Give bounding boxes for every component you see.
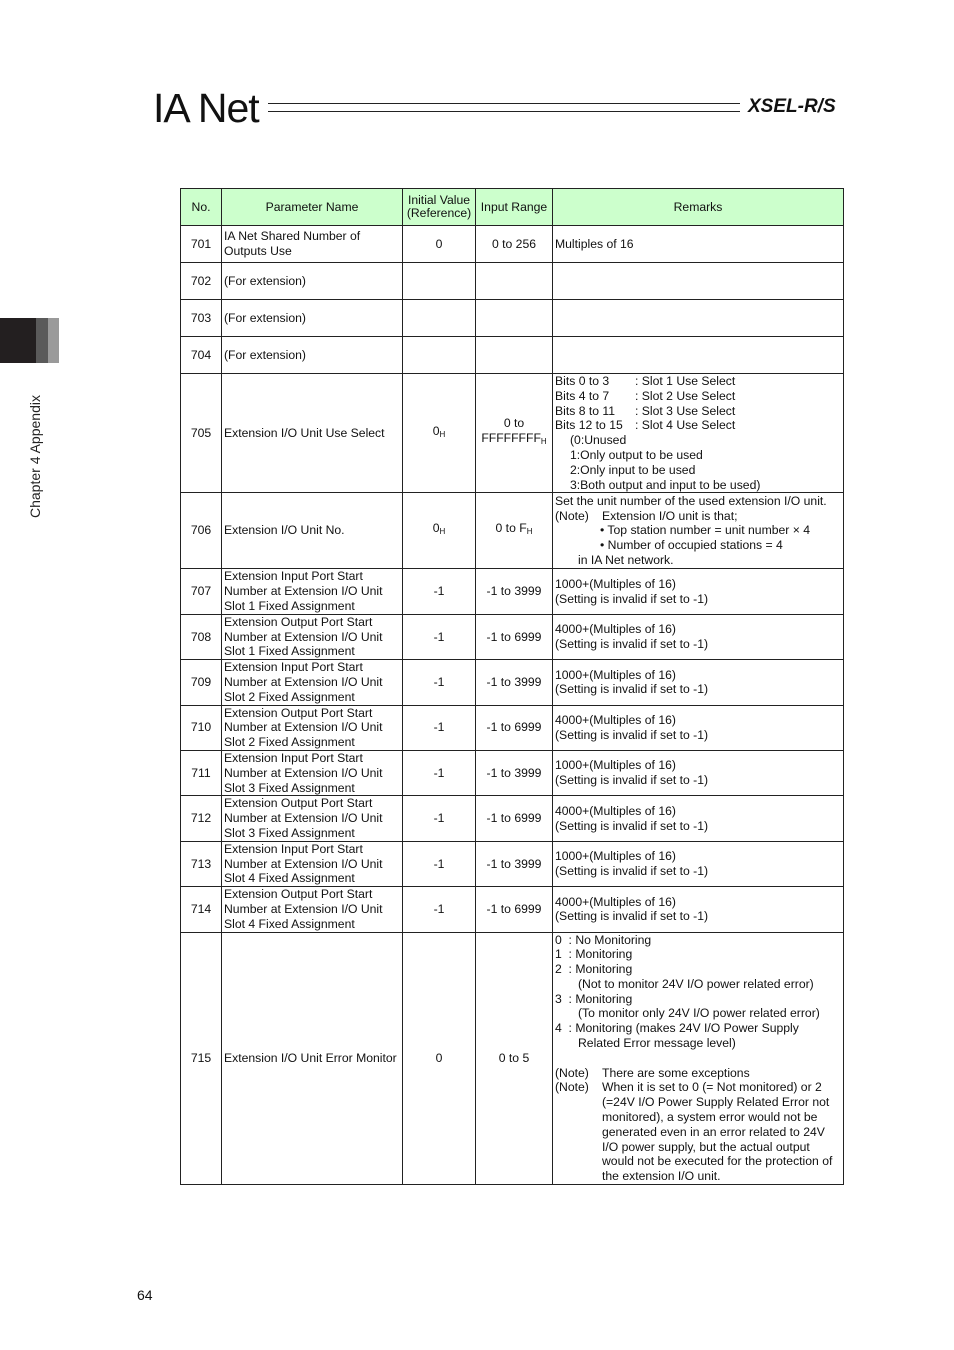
cell-no: 702 (181, 263, 222, 300)
remarks-line: 4000+(Multiples of 16) (555, 895, 841, 910)
input-range-text: 0 to 5 (499, 1051, 530, 1065)
cell-input-range: -1 to 6999 (476, 614, 553, 659)
remarks-text: Multiples of 16 (555, 237, 634, 251)
remarks-line: (Setting is invalid if set to -1) (555, 909, 841, 924)
monitor-option-detail: Related Error message level) (555, 1036, 841, 1051)
cell-input-range: 0 to FH (476, 493, 553, 569)
cell-no: 711 (181, 750, 222, 795)
chapter-label: Chapter 4 Appendix (27, 395, 43, 518)
bit-range: Bits 8 to 11 (555, 404, 635, 419)
note-row: (Note)Extension I/O unit is that; (555, 509, 841, 524)
cell-parameter-name: (For extension) (222, 300, 403, 337)
table-row: 715Extension I/O Unit Error Monitor00 to… (181, 932, 844, 1185)
cell-remarks: Multiples of 16 (553, 226, 844, 263)
cell-no: 715 (181, 932, 222, 1185)
bit-range: Bits 0 to 3 (555, 374, 635, 389)
cell-parameter-name: Extension I/O Unit Error Monitor (222, 932, 403, 1185)
initial-value-text: -1 (434, 630, 445, 644)
tab-block-dark (0, 318, 36, 363)
cell-parameter-name: Extension Output Port Start Number at Ex… (222, 614, 403, 659)
monitor-option-detail: (To monitor only 24V I/O power related e… (555, 1006, 841, 1021)
table-row: 712Extension Output Port Start Number at… (181, 796, 844, 841)
cell-input-range: 0 toFFFFFFFFH (476, 374, 553, 493)
input-range-text: -1 to 3999 (487, 584, 542, 598)
model-name: XSEL-R/S (748, 96, 836, 118)
table-row: 710Extension Output Port Start Number at… (181, 705, 844, 750)
cell-no: 714 (181, 887, 222, 932)
cell-parameter-name: IA Net Shared Number of Outputs Use (222, 226, 403, 263)
remarks-line: (Setting is invalid if set to -1) (555, 864, 841, 879)
cell-no: 701 (181, 226, 222, 263)
remarks-line: (Setting is invalid if set to -1) (555, 637, 841, 652)
cell-input-range (476, 263, 553, 300)
cell-remarks: 1000+(Multiples of 16)(Setting is invali… (553, 660, 844, 705)
cell-remarks: 0 : No Monitoring1 : Monitoring2 : Monit… (553, 932, 844, 1185)
monitor-option: 2 : Monitoring (555, 962, 841, 977)
table-row: 707Extension Input Port Start Number at … (181, 569, 844, 614)
input-range-text: -1 to 3999 (487, 766, 542, 780)
cell-initial-value (403, 300, 476, 337)
cell-input-range: -1 to 6999 (476, 887, 553, 932)
initial-value-text: -1 (434, 857, 445, 871)
cell-parameter-name: Extension Output Port Start Number at Ex… (222, 887, 403, 932)
remarks-line: 4000+(Multiples of 16) (555, 804, 841, 819)
initial-value-text: -1 (434, 811, 445, 825)
input-range-text: 0 to F (496, 521, 527, 535)
remarks-line: (Setting is invalid if set to -1) (555, 773, 841, 788)
cell-initial-value: -1 (403, 614, 476, 659)
cell-no: 712 (181, 796, 222, 841)
cell-parameter-name: Extension Output Port Start Number at Ex… (222, 796, 403, 841)
cell-input-range: -1 to 6999 (476, 705, 553, 750)
cell-parameter-name: Extension Input Port Start Number at Ext… (222, 841, 403, 886)
remarks-line: (Setting is invalid if set to -1) (555, 682, 841, 697)
cell-remarks: 4000+(Multiples of 16)(Setting is invali… (553, 705, 844, 750)
initial-value-text: -1 (434, 766, 445, 780)
note-bullet: • Top station number = unit number × 4 (555, 523, 841, 538)
cell-no: 708 (181, 614, 222, 659)
note-row: (Note)There are some exceptions (555, 1066, 841, 1081)
input-range-text: -1 to 6999 (487, 811, 542, 825)
cell-remarks: Bits 0 to 3: Slot 1 Use SelectBits 4 to … (553, 374, 844, 493)
cell-initial-value: -1 (403, 660, 476, 705)
bit-description: : Slot 4 Use Select (635, 418, 735, 433)
input-range-text: -1 to 6999 (487, 630, 542, 644)
cell-parameter-name: (For extension) (222, 337, 403, 374)
cell-initial-value (403, 337, 476, 374)
table-row: 702(For extension) (181, 263, 844, 300)
hex-suffix: H (440, 430, 446, 439)
header-double-rule (268, 103, 740, 112)
tab-block-mid (36, 318, 48, 363)
cell-initial-value (403, 263, 476, 300)
bit-description: : Slot 3 Use Select (635, 404, 735, 419)
col-header-initial-text: Initial Value (Reference) (407, 193, 471, 220)
table-row: 714Extension Output Port Start Number at… (181, 887, 844, 932)
cell-initial-value: 0 (403, 226, 476, 263)
note-label: (Note) (555, 1080, 602, 1184)
initial-value-text: 0 (433, 424, 440, 438)
note-bullet: • Number of occupied stations = 4 (555, 538, 841, 553)
note-text: Extension I/O unit is that; (602, 509, 841, 524)
note-text: There are some exceptions (602, 1066, 841, 1081)
table-row: 709Extension Input Port Start Number at … (181, 660, 844, 705)
cell-no: 710 (181, 705, 222, 750)
remarks-line: (Setting is invalid if set to -1) (555, 819, 841, 834)
remarks-line: 1000+(Multiples of 16) (555, 668, 841, 683)
cell-remarks: 4000+(Multiples of 16)(Setting is invali… (553, 796, 844, 841)
bit-range: Bits 12 to 15 (555, 418, 635, 433)
note-label: (Note) (555, 1066, 602, 1081)
table-row: 706Extension I/O Unit No.0H0 to FHSet th… (181, 493, 844, 569)
value-definition: 3:Both output and input to be used) (555, 478, 841, 493)
monitor-option: 0 : No Monitoring (555, 933, 841, 948)
table-row: 708Extension Output Port Start Number at… (181, 614, 844, 659)
cell-input-range (476, 300, 553, 337)
cell-initial-value: 0H (403, 493, 476, 569)
cell-initial-value: -1 (403, 887, 476, 932)
cell-input-range (476, 337, 553, 374)
value-definition: 1:Only output to be used (555, 448, 841, 463)
initial-value-text: -1 (434, 720, 445, 734)
table-row: 704(For extension) (181, 337, 844, 374)
monitor-option: 4 : Monitoring (makes 24V I/O Power Supp… (555, 1021, 841, 1036)
remarks-line: 1000+(Multiples of 16) (555, 849, 841, 864)
cell-remarks (553, 337, 844, 374)
cell-parameter-name: Extension Input Port Start Number at Ext… (222, 569, 403, 614)
remarks-line: 1000+(Multiples of 16) (555, 758, 841, 773)
table-row: 711Extension Input Port Start Number at … (181, 750, 844, 795)
initial-value-text: 0 (436, 1051, 443, 1065)
cell-initial-value: -1 (403, 796, 476, 841)
cell-no: 706 (181, 493, 222, 569)
col-header-range: Input Range (476, 189, 553, 226)
cell-initial-value: -1 (403, 569, 476, 614)
cell-remarks (553, 300, 844, 337)
cell-parameter-name: Extension Input Port Start Number at Ext… (222, 660, 403, 705)
parameter-table: No. Parameter Name Initial Value (Refere… (180, 188, 844, 1185)
cell-input-range: -1 to 3999 (476, 569, 553, 614)
input-range-text: -1 to 3999 (487, 675, 542, 689)
cell-input-range: -1 to 6999 (476, 796, 553, 841)
input-range-text: -1 to 6999 (487, 720, 542, 734)
cell-no: 709 (181, 660, 222, 705)
cell-remarks: 1000+(Multiples of 16)(Setting is invali… (553, 569, 844, 614)
monitor-option-detail: (Not to monitor 24V I/O power related er… (555, 977, 841, 992)
note-tail: in IA Net network. (555, 553, 841, 568)
initial-value-text: -1 (434, 584, 445, 598)
tab-block-light (48, 318, 59, 363)
cell-no: 705 (181, 374, 222, 493)
bit-description: : Slot 1 Use Select (635, 374, 735, 389)
cell-remarks: 4000+(Multiples of 16)(Setting is invali… (553, 887, 844, 932)
col-header-initial: Initial Value (Reference) (403, 189, 476, 226)
cell-input-range: -1 to 3999 (476, 660, 553, 705)
input-range-text: -1 to 6999 (487, 902, 542, 916)
bit-assignment-row: Bits 0 to 3: Slot 1 Use Select (555, 374, 841, 389)
input-range-text: 0 toFFFFFFFF (481, 416, 541, 445)
hex-suffix: H (527, 527, 533, 536)
remarks-line: 1000+(Multiples of 16) (555, 577, 841, 592)
col-header-remarks: Remarks (553, 189, 844, 226)
bit-description: : Slot 2 Use Select (635, 389, 735, 404)
cell-input-range: 0 to 5 (476, 932, 553, 1185)
cell-remarks: 1000+(Multiples of 16)(Setting is invali… (553, 841, 844, 886)
input-range-text: -1 to 3999 (487, 857, 542, 871)
hex-suffix: H (440, 527, 446, 536)
value-definition: (0:Unused (555, 433, 841, 448)
cell-initial-value: -1 (403, 750, 476, 795)
cell-parameter-name: Extension I/O Unit Use Select (222, 374, 403, 493)
note-label: (Note) (555, 509, 602, 524)
bit-range: Bits 4 to 7 (555, 389, 635, 404)
table-header-row: No. Parameter Name Initial Value (Refere… (181, 189, 844, 226)
value-definition: 2:Only input to be used (555, 463, 841, 478)
cell-remarks: 1000+(Multiples of 16)(Setting is invali… (553, 750, 844, 795)
monitor-option: 3 : Monitoring (555, 992, 841, 1007)
initial-value-text: -1 (434, 902, 445, 916)
remarks-line: (Setting is invalid if set to -1) (555, 592, 841, 607)
hex-suffix: H (541, 437, 547, 446)
cell-initial-value: 0H (403, 374, 476, 493)
remarks-line: 4000+(Multiples of 16) (555, 622, 841, 637)
manual-title: IA Net (153, 84, 259, 132)
cell-parameter-name: Extension Output Port Start Number at Ex… (222, 705, 403, 750)
cell-initial-value: -1 (403, 841, 476, 886)
note-row: (Note)When it is set to 0 (= Not monitor… (555, 1080, 841, 1184)
monitor-option: 1 : Monitoring (555, 947, 841, 962)
cell-remarks: Set the unit number of the used extensio… (553, 493, 844, 569)
initial-value-text: 0 (436, 237, 443, 251)
remarks-lead: Set the unit number of the used extensio… (555, 494, 841, 509)
page-number: 64 (137, 1287, 153, 1303)
cell-remarks (553, 263, 844, 300)
table-row: 701IA Net Shared Number of Outputs Use00… (181, 226, 844, 263)
table-row: 703(For extension) (181, 300, 844, 337)
bit-assignment-row: Bits 4 to 7: Slot 2 Use Select (555, 389, 841, 404)
cell-parameter-name: Extension I/O Unit No. (222, 493, 403, 569)
bit-assignment-row: Bits 8 to 11: Slot 3 Use Select (555, 404, 841, 419)
bit-assignment-row: Bits 12 to 15: Slot 4 Use Select (555, 418, 841, 433)
spacer (555, 1051, 841, 1066)
cell-parameter-name: (For extension) (222, 263, 403, 300)
cell-input-range: 0 to 256 (476, 226, 553, 263)
cell-no: 713 (181, 841, 222, 886)
cell-input-range: -1 to 3999 (476, 841, 553, 886)
initial-value-text: 0 (433, 521, 440, 535)
cell-remarks: 4000+(Multiples of 16)(Setting is invali… (553, 614, 844, 659)
cell-no: 704 (181, 337, 222, 374)
cell-input-range: -1 to 3999 (476, 750, 553, 795)
initial-value-text: -1 (434, 675, 445, 689)
cell-parameter-name: Extension Input Port Start Number at Ext… (222, 750, 403, 795)
table-row: 705Extension I/O Unit Use Select0H0 toFF… (181, 374, 844, 493)
table-row: 713Extension Input Port Start Number at … (181, 841, 844, 886)
cell-no: 707 (181, 569, 222, 614)
note-text: When it is set to 0 (= Not monitored) or… (602, 1080, 841, 1184)
chapter-tab-marker (0, 318, 59, 363)
cell-initial-value: 0 (403, 932, 476, 1185)
cell-no: 703 (181, 300, 222, 337)
remarks-line: 4000+(Multiples of 16) (555, 713, 841, 728)
remarks-line: (Setting is invalid if set to -1) (555, 728, 841, 743)
col-header-name: Parameter Name (222, 189, 403, 226)
input-range-text: 0 to 256 (492, 237, 536, 251)
col-header-no: No. (181, 189, 222, 226)
cell-initial-value: -1 (403, 705, 476, 750)
